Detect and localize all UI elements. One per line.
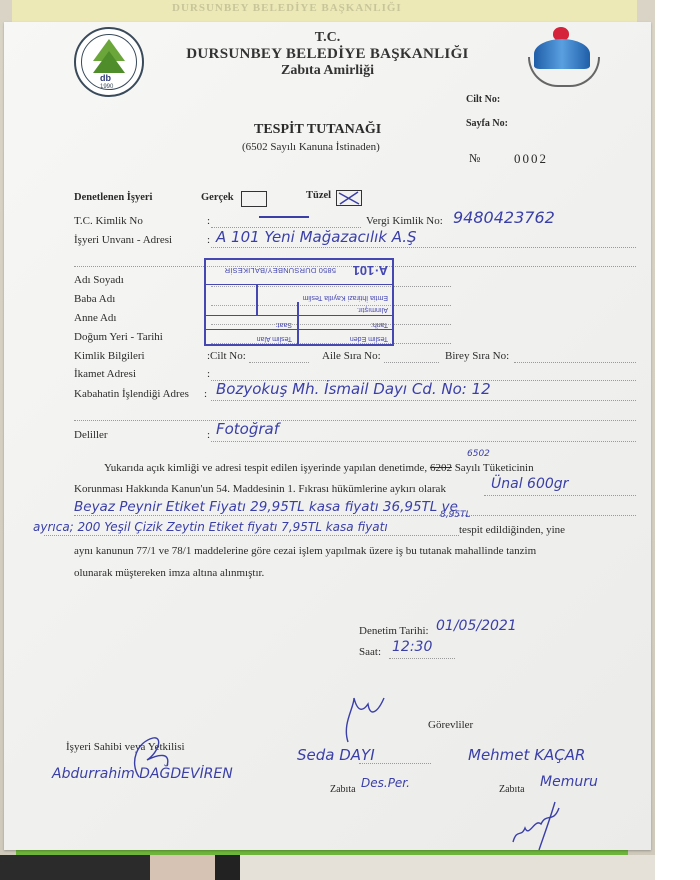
price-discrepancy-line-1[interactable]: Beyaz Peynir Etiket Fiyatı 29,95TL kasa … (74, 499, 458, 515)
birey-sira-label: Birey Sıra No: (445, 350, 509, 362)
ikamet-label: İkamet Adresi (74, 368, 136, 380)
law-number-correction: 6502 (467, 449, 490, 459)
stamp-address: 5850 DURSUNBEY/BALIKESİR (224, 266, 336, 275)
stamp-alinmistir: Alınmıştır. (357, 306, 388, 313)
stamp-emtia: Emtia İhtirazi Kayıtla Teslim (303, 294, 388, 301)
register-price-superscript[interactable]: 8,95TL (440, 510, 471, 520)
officer2-signature-icon (509, 798, 579, 850)
stamp-brand-logo: A·101 (353, 263, 388, 278)
inspection-date-label: Denetim Tarihi: (359, 625, 429, 637)
number-symbol: № (469, 151, 480, 166)
body-line-1: Yukarıda açık kimliği ve adresi tespit e… (104, 462, 534, 474)
stamp-teslim-eden: Teslim Eden (350, 335, 388, 342)
deliller-value[interactable]: Fotoğraf (216, 420, 279, 438)
gercek-checkbox[interactable] (241, 191, 267, 207)
body-line-2: Korunması Hakkında Kanun'un 54. Maddesin… (74, 483, 446, 495)
body-line-6: olunarak müştereken imza altına alınmışt… (74, 567, 264, 579)
aile-sira-label: Aile Sıra No: (322, 350, 381, 362)
tc-kimlik-label: T.C. Kimlik No (74, 215, 143, 227)
photo-margin (655, 0, 700, 880)
inspected-workplace-label: Denetlenen İşyeri (74, 192, 152, 203)
cilt-no-field-label: :Cilt No: (207, 350, 246, 362)
officer1-title-label: Zabıta (330, 784, 356, 795)
officer2-title[interactable]: Memuru (540, 774, 598, 790)
inspection-date-value[interactable]: 01/05/2021 (436, 618, 517, 634)
baba-adi-label: Baba Adı (74, 293, 115, 305)
photo-table-surface (0, 855, 655, 880)
check-x-icon (337, 191, 361, 205)
header-titles: T.C. DURSUNBEY BELEDİYE BAŞKANLIĞI Zabıt… (4, 30, 651, 79)
unvan-label: İşyeri Unvanı - Adresi (74, 234, 172, 246)
inspection-time-value[interactable]: 12:30 (392, 639, 432, 655)
stamp-tarih: Tarih: (371, 321, 388, 328)
report-form: db 1990 T.C. DURSUNBEY BELEDİYE BAŞKANLI… (4, 22, 651, 850)
anne-adi-label: Anne Adı (74, 312, 116, 324)
stamp-saat: Saat: (276, 321, 292, 328)
law-number-struck: 6202 (430, 462, 452, 474)
document-subtitle: (6502 Sayılı Kanuna İstinaden) (242, 141, 380, 153)
gercek-label: Gerçek (201, 192, 234, 203)
kabahat-adres-value[interactable]: Bozyokuş Mh. İsmail Dayı Cd. No: 12 (216, 380, 491, 398)
product-name-handwritten[interactable]: Ünal 600gr (491, 476, 568, 492)
officers-label: Görevliler (428, 719, 473, 731)
kabahat-adres-label: Kabahatin İşlendiği Adres (74, 388, 189, 400)
deliller-label: Deliller (74, 429, 108, 441)
officer1-title[interactable]: Des.Per. (361, 776, 410, 790)
tc-kimlik-dash (259, 216, 309, 218)
form-serial-number: 0002 (514, 151, 548, 167)
underlying-sheet-ghost-text: DURSUNBEY BELEDİYE BAŞKANLIĞI (172, 2, 402, 14)
body-line-4-end: tespit edildiğinden, yine (459, 524, 565, 536)
sayfa-no-label: Sayfa No: (466, 118, 508, 129)
price-discrepancy-line-2[interactable]: ayrıca; 200 Yeşil Çizik Zeytin Etiket fi… (33, 520, 388, 534)
vergi-no-value[interactable]: 9480423762 (453, 208, 555, 227)
officer2-name[interactable]: Mehmet KAÇAR (468, 746, 585, 764)
kimlik-bilgileri-label: Kimlik Bilgileri (74, 350, 145, 362)
republic-label: T.C. (4, 30, 651, 46)
adi-soyadi-label: Adı Soyadı (74, 274, 124, 286)
department-name: Zabıta Amirliği (4, 63, 651, 79)
officer2-title-label: Zabıta (499, 784, 525, 795)
unvan-value[interactable]: A 101 Yeni Mağazacılık A.Ş (216, 228, 417, 246)
officer1-signature-icon (334, 694, 394, 744)
tuzel-checkbox[interactable] (336, 190, 362, 206)
cilt-no-label: Cilt No: (466, 94, 500, 105)
vergi-no-label: Vergi Kimlik No: (366, 215, 443, 227)
officer1-name[interactable]: Seda DAYI (297, 746, 375, 764)
a101-delivery-stamp: Teslim Eden Teslim Alan Tarih: Saat: Alı… (204, 258, 394, 346)
inspection-time-label: Saat: (359, 646, 381, 658)
municipality-name: DURSUNBEY BELEDİYE BAŞKANLIĞI (4, 46, 651, 63)
stamp-teslim-alan: Teslim Alan (257, 335, 292, 342)
dogum-label: Doğum Yeri - Tarihi (74, 331, 163, 343)
document-title: TESPİT TUTANAĞI (254, 122, 381, 138)
owner-name[interactable]: Abdurrahim DAĞDEVİREN (52, 766, 233, 782)
body-line-5: aynı kanunun 77/1 ve 78/1 maddelerine gö… (74, 545, 536, 557)
tuzel-label: Tüzel (306, 190, 331, 201)
